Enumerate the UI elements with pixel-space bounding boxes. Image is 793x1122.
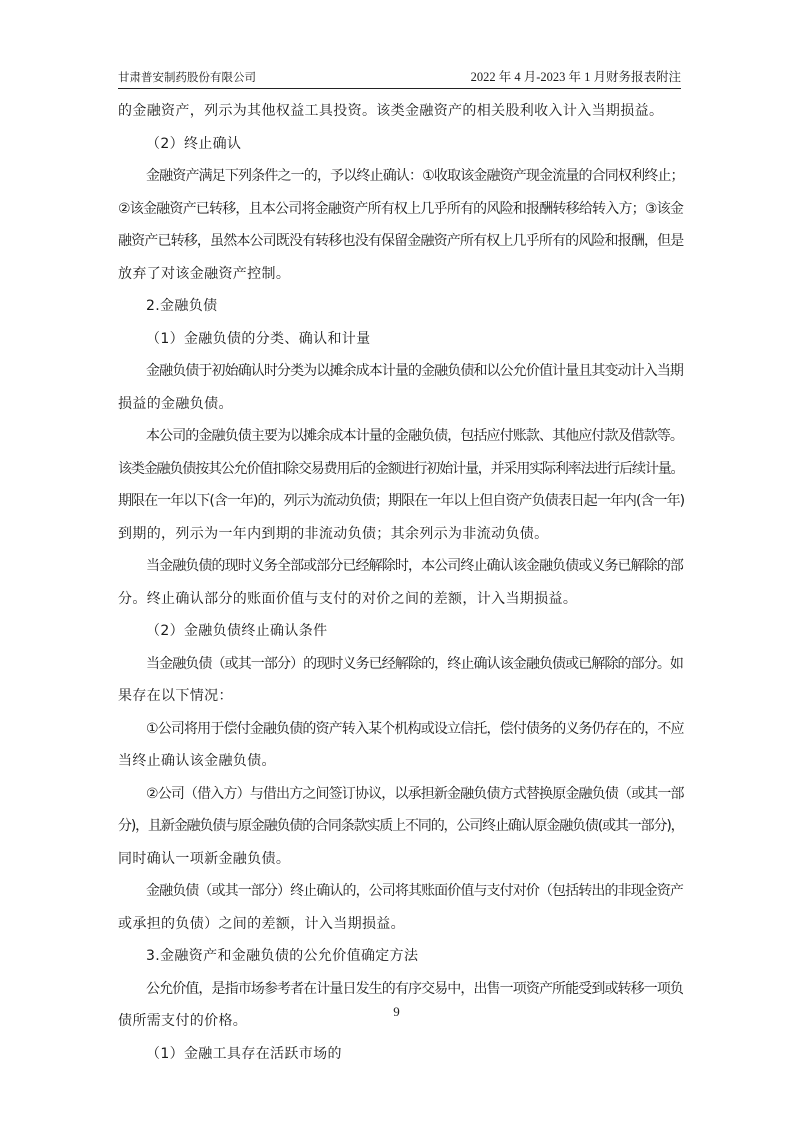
text-line: 3.金融资产和金融负债的公允价值确定方法 [118, 940, 683, 973]
text-line: 当金融负债（或其一部分）的现时义务已经解除的，终止确认该金融负债或已解除的部分。… [118, 648, 683, 681]
page-header: 甘肃普安制药股份有限公司 2022 年 4 月-2023 年 1 月财务报表附注 [118, 68, 681, 89]
text-line: （1）金融工具存在活跃市场的 [118, 1038, 683, 1071]
text-line: ②公司（借入方）与借出方之间签订协议，以承担新金融负债方式替换原金融负债（或其一… [118, 778, 683, 811]
page-number: 9 [0, 1004, 793, 1020]
document-body: 的金融资产，列示为其他权益工具投资。该类金融资产的相关股利收入计入当期损益。（2… [118, 95, 683, 1070]
text-line: （2）金融负债终止确认条件 [118, 615, 683, 648]
text-line: 放弃了对该金融资产控制。 [118, 258, 683, 291]
text-line: 到期的，列示为一年内到期的非流动负债；其余列示为非流动负债。 [118, 518, 683, 551]
text-line: 2.金融负债 [118, 290, 683, 323]
text-line: ①公司将用于偿付金融负债的资产转入某个机构或设立信托，偿付债务的义务仍存在的，不… [118, 713, 683, 746]
text-line: 本公司的金融负债主要为以摊余成本计量的金融负债，包括应付账款、其他应付款及借款等… [118, 420, 683, 453]
text-line: 金融负债（或其一部分）终止确认的，公司将其账面价值与支付对价（包括转出的非现金资… [118, 875, 683, 908]
text-line: 分。终止确认部分的账面价值与支付的对价之间的差额，计入当期损益。 [118, 583, 683, 616]
text-line: 金融负债于初始确认时分类为以摊余成本计量的金融负债和以公允价值计量且其变动计入当… [118, 355, 683, 388]
text-line: 分)，且新金融负债与原金融负债的合同条款实质上不同的，公司终止确认原金融负债(或… [118, 810, 683, 843]
text-line: 的金融资产，列示为其他权益工具投资。该类金融资产的相关股利收入计入当期损益。 [118, 95, 683, 128]
text-line: 果存在以下情况： [118, 680, 683, 713]
text-line: 融资产已转移，虽然本公司既没有转移也没有保留金融资产所有权上几乎所有的风险和报酬… [118, 225, 683, 258]
text-line: 同时确认一项新金融负债。 [118, 843, 683, 876]
text-line: 当终止确认该金融负债。 [118, 745, 683, 778]
text-line: （1）金融负债的分类、确认和计量 [118, 323, 683, 356]
text-line: 期限在一年以下(含一年)的，列示为流动负债；期限在一年以上但自资产负债表日起一年… [118, 485, 683, 518]
text-line: 金融资产满足下列条件之一的，予以终止确认：①收取该金融资产现金流量的合同权利终止… [118, 160, 683, 193]
header-company-name: 甘肃普安制药股份有限公司 [118, 68, 256, 86]
text-line: （2）终止确认 [118, 128, 683, 161]
header-report-title: 2022 年 4 月-2023 年 1 月财务报表附注 [471, 68, 681, 86]
text-line: 公允价值，是指市场参考者在计量日发生的有序交易中，出售一项资产所能受到或转移一项… [118, 973, 683, 1006]
text-line: 当金融负债的现时义务全部或部分已经解除时，本公司终止确认该金融负债或义务已解除的… [118, 550, 683, 583]
text-line: 该类金融负债按其公允价值扣除交易费用后的金额进行初始计量，并采用实际利率法进行后… [118, 453, 683, 486]
text-line: ②该金融资产已转移，且本公司将金融资产所有权上几乎所有的风险和报酬转移给转入方；… [118, 193, 683, 226]
text-line: 损益的金融负债。 [118, 388, 683, 421]
text-line: 或承担的负债）之间的差额，计入当期损益。 [118, 908, 683, 941]
